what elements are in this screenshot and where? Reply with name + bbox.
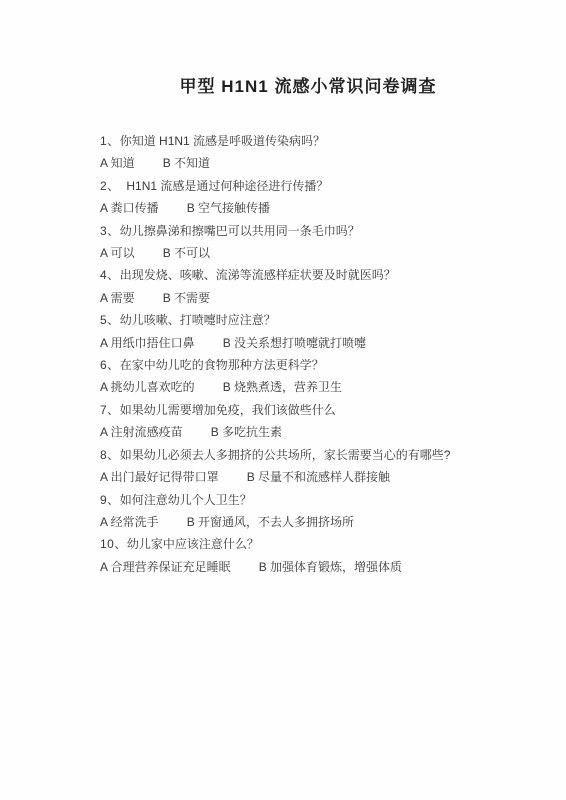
question-number: 2、 [100,179,120,193]
options-line: A 挑幼儿喜欢吃的B 烧熟煮透，营养卫生 [100,376,526,398]
option-a: A 挑幼儿喜欢吃的 [100,380,195,394]
question-number: 9、 [100,493,120,507]
option-b: B 尽量不和流感样人群接触 [247,470,390,484]
option-a: A 注射流感疫苗 [100,425,183,439]
question-number: 1、 [100,134,120,148]
question-text: 如何注意幼儿个人卫生？ [120,493,252,507]
option-a: A 经常洗手 [100,515,159,529]
question-text: 幼儿家中应该注意什么？ [127,537,259,551]
question-line: 5、幼儿咳嗽、打喷嚏时应注意？ [100,309,526,331]
question-number: 4、 [100,268,120,282]
option-b: B 没关系想打喷嚏就打喷嚏 [223,336,366,350]
option-b: B 烧熟煮透，营养卫生 [223,380,342,394]
option-b: B 多吃抗生素 [211,425,282,439]
question-number: 8、 [100,448,120,462]
question-line: 6、在家中幼儿吃的食物那种方法更科学？ [100,354,526,376]
question-block-9: 9、如何注意幼儿个人卫生？ A 经常洗手B 开窗通风，不去人多拥挤场所 [100,489,526,534]
question-number: 3、 [100,224,120,238]
options-line: A 可以B 不可以 [100,242,526,264]
question-text: 如果幼儿需要增加免疫，我们该做些什么 [120,403,336,417]
option-a: A 可以 [100,246,135,260]
question-block-8: 8、如果幼儿必须去人多拥挤的公共场所，家长需要当心的有哪些? A 出门最好记得带… [100,444,526,489]
option-b: B 不知道 [163,156,210,170]
option-b: B 空气接触传播 [187,201,270,215]
question-line: 3、幼儿擦鼻涕和擦嘴巴可以共用同一条毛巾吗？ [100,220,526,242]
question-line: 9、如何注意幼儿个人卫生？ [100,489,526,511]
option-b: B 加强体育锻炼，增强体质 [259,560,402,574]
question-line: 2、 H1N1 流感是通过何种途径进行传播？ [100,175,526,197]
question-line: 4、出现发烧、咳嗽、流涕等流感样症状要及时就医吗？ [100,264,526,286]
scanned-questionnaire-page: 甲型 H1N1 流感小常识问卷调查 1、你知道 H1N1 流感是呼吸道传染病吗？… [0,0,566,800]
option-b: B 不需要 [163,291,210,305]
options-line: A 合理营养保证充足睡眠B 加强体育锻炼，增强体质 [100,556,526,578]
question-number: 5、 [100,313,120,327]
options-line: A 经常洗手B 开窗通风，不去人多拥挤场所 [100,511,526,533]
question-text: 如果幼儿必须去人多拥挤的公共场所，家长需要当心的有哪些? [120,448,451,462]
question-block-6: 6、在家中幼儿吃的食物那种方法更科学？ A 挑幼儿喜欢吃的B 烧熟煮透，营养卫生 [100,354,526,399]
question-block-1: 1、你知道 H1N1 流感是呼吸道传染病吗？ A 知道B 不知道 [100,130,526,175]
option-a: A 粪口传播 [100,201,159,215]
question-line: 10、幼儿家中应该注意什么？ [100,533,526,555]
option-a: A 用纸巾捂住口鼻 [100,336,195,350]
option-a: A 出门最好记得带口罩 [100,470,219,484]
question-block-2: 2、 H1N1 流感是通过何种途径进行传播？ A 粪口传播B 空气接触传播 [100,175,526,220]
options-line: A 用纸巾捂住口鼻B 没关系想打喷嚏就打喷嚏 [100,332,526,354]
question-block-7: 7、如果幼儿需要增加免疫，我们该做些什么 A 注射流感疫苗B 多吃抗生素 [100,399,526,444]
question-text: 在家中幼儿吃的食物那种方法更科学？ [120,358,324,372]
question-text: 幼儿擦鼻涕和擦嘴巴可以共用同一条毛巾吗？ [120,224,360,238]
option-a: A 合理营养保证充足睡眠 [100,560,231,574]
option-b: B 不可以 [163,246,210,260]
question-block-5: 5、幼儿咳嗽、打喷嚏时应注意？ A 用纸巾捂住口鼻B 没关系想打喷嚏就打喷嚏 [100,309,526,354]
question-block-10: 10、幼儿家中应该注意什么？ A 合理营养保证充足睡眠B 加强体育锻炼，增强体质 [100,533,526,578]
question-text: 幼儿咳嗽、打喷嚏时应注意？ [120,313,276,327]
question-line: 8、如果幼儿必须去人多拥挤的公共场所，家长需要当心的有哪些? [100,444,526,466]
options-line: A 粪口传播B 空气接触传播 [100,197,526,219]
question-text: 出现发烧、咳嗽、流涕等流感样症状要及时就医吗？ [120,268,396,282]
options-line: A 需要B 不需要 [100,287,526,309]
question-text: H1N1 流感是通过何种途径进行传播？ [120,179,329,193]
question-number: 10、 [100,537,127,551]
document-title: 甲型 H1N1 流感小常识问卷调查 [0,0,566,97]
question-line: 7、如果幼儿需要增加免疫，我们该做些什么 [100,399,526,421]
question-text: 你知道 H1N1 流感是呼吸道传染病吗？ [120,134,325,148]
question-list: 1、你知道 H1N1 流感是呼吸道传染病吗？ A 知道B 不知道 2、 H1N1… [100,130,526,578]
option-a: A 知道 [100,156,135,170]
option-a: A 需要 [100,291,135,305]
question-line: 1、你知道 H1N1 流感是呼吸道传染病吗？ [100,130,526,152]
question-block-3: 3、幼儿擦鼻涕和擦嘴巴可以共用同一条毛巾吗？ A 可以B 不可以 [100,220,526,265]
question-number: 7、 [100,403,120,417]
option-b: B 开窗通风，不去人多拥挤场所 [187,515,354,529]
options-line: A 出门最好记得带口罩B 尽量不和流感样人群接触 [100,466,526,488]
question-block-4: 4、出现发烧、咳嗽、流涕等流感样症状要及时就医吗？ A 需要B 不需要 [100,264,526,309]
options-line: A 注射流感疫苗B 多吃抗生素 [100,421,526,443]
question-number: 6、 [100,358,120,372]
options-line: A 知道B 不知道 [100,152,526,174]
